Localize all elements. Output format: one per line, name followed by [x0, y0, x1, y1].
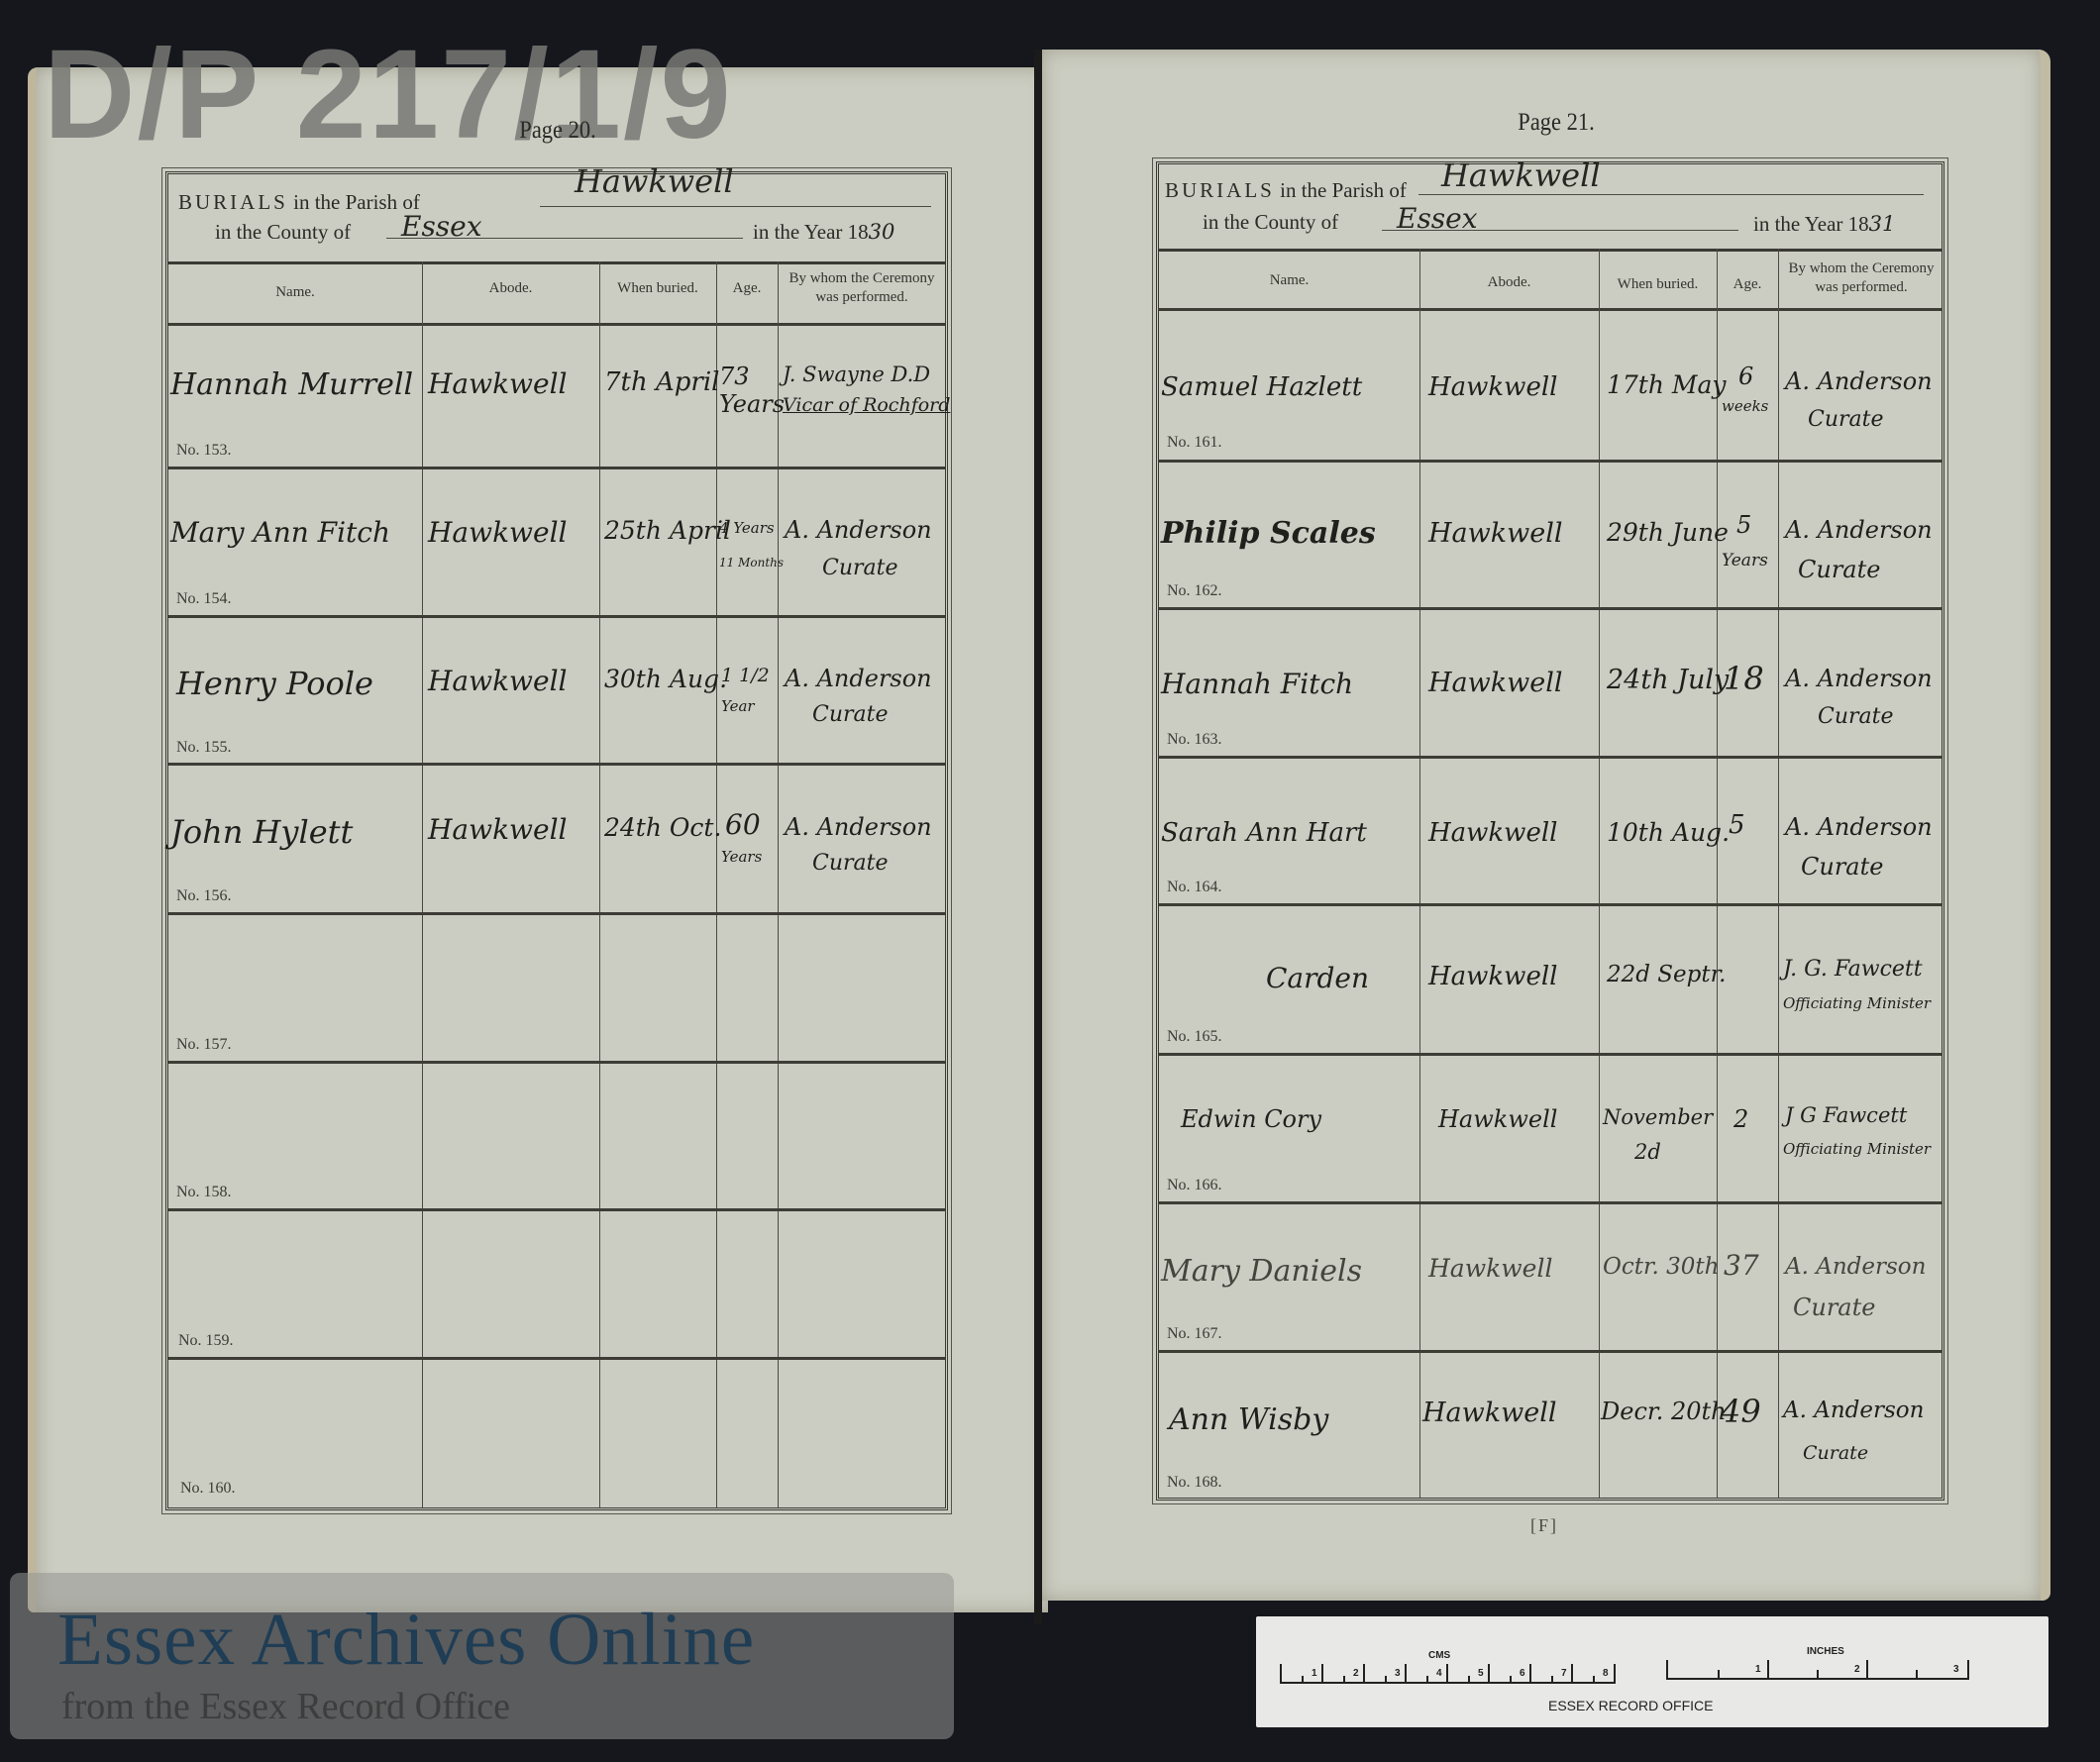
parish-fill-line [1418, 194, 1924, 195]
entry-number: No. 158. [176, 1184, 232, 1201]
entry-number: No. 165. [1167, 1028, 1222, 1046]
inch-tick-label: 3 [1953, 1664, 1959, 1675]
entry-abode: Hawkwell [1428, 372, 1557, 402]
column-header-name: Name. [168, 283, 422, 302]
entry-officiant-title: Curate [1803, 1442, 1868, 1464]
entry-age-detail: Years [721, 848, 762, 866]
inch-tick-label: 2 [1854, 1664, 1860, 1675]
entry-officiant: A. Anderson [1785, 367, 1933, 395]
entry-abode: Hawkwell [428, 367, 568, 400]
entry-when-buried: 10th Aug. [1607, 818, 1730, 847]
column-divider [1599, 249, 1600, 1498]
cm-label: CMS [1428, 1650, 1450, 1661]
entry-number: No. 161. [1167, 434, 1222, 452]
entry-abode: Hawkwell [428, 516, 568, 549]
cm-tick-label: 3 [1395, 1668, 1401, 1679]
entry-age: 2 [1733, 1105, 1748, 1133]
entry-when-buried-day: 2d [1634, 1140, 1661, 1164]
parish-name: Hawkwell [575, 162, 734, 200]
column-divider [716, 261, 717, 1507]
signature-mark: [F] [1530, 1515, 1558, 1536]
entry-age: 37 [1724, 1249, 1759, 1282]
entry-name: Henry Poole [176, 665, 373, 702]
entry-name: Samuel Hazlett [1161, 372, 1362, 402]
county-name: Essex [1397, 202, 1478, 235]
entry-age: 5 [1729, 810, 1745, 840]
entry-abode: Hawkwell [1422, 1398, 1556, 1428]
burial-register-right: BURIALS in the Parish of Hawkwell in the… [1156, 161, 1944, 1501]
entry-officiant: A. Anderson [1785, 516, 1933, 544]
page-number-left: Page 20. [519, 117, 595, 145]
entry-number: No. 156. [176, 887, 232, 905]
entry-officiant-title: Vicar of Rochford [783, 394, 950, 416]
entry-when-buried: Octr. 30th [1603, 1254, 1719, 1280]
entry-number: No. 167. [1167, 1325, 1222, 1343]
entry-when-buried: 24th Oct. [604, 813, 721, 842]
entry-when-buried: 24th July [1607, 665, 1729, 695]
entry-age-detail: Years [1722, 551, 1768, 570]
county-heading: in the County of [1203, 210, 1338, 235]
entry-officiant-title: Curate [1793, 1294, 1875, 1321]
entry-officiant: A. Anderson [1783, 1398, 1924, 1423]
parish-heading: BURIALS in the Parish of [1165, 178, 1407, 203]
inch-tick-label: 1 [1755, 1664, 1761, 1675]
cm-tick-label: 7 [1561, 1668, 1567, 1679]
column-header-age: Age. [1717, 275, 1778, 294]
row-rule [168, 1061, 945, 1064]
entry-when-buried: 25th April [604, 516, 731, 545]
entry-when-buried: November [1603, 1105, 1713, 1129]
inch-scale: 1 2 3 INCHES [1666, 1660, 1969, 1680]
row-rule [1159, 1350, 1942, 1353]
parish-name: Hawkwell [1441, 156, 1601, 194]
entry-name: Hannah Murrell [170, 367, 413, 402]
entry-when-buried: 7th April [604, 367, 719, 397]
column-divider [599, 261, 600, 1507]
register-header: BURIALS in the Parish of Hawkwell in the… [1159, 164, 1942, 252]
entry-age: 49 [1721, 1393, 1761, 1430]
entry-abode: Hawkwell [1438, 1105, 1557, 1133]
column-divider [1717, 249, 1718, 1498]
row-rule [1159, 460, 1942, 463]
entry-name: Sarah Ann Hart [1161, 818, 1367, 848]
entry-officiant: A. Anderson [785, 665, 932, 692]
entry-number: No. 160. [180, 1480, 236, 1498]
entry-name: Carden [1266, 962, 1369, 994]
entry-name: Philip Scales [1161, 516, 1376, 551]
parish-heading: BURIALS in the Parish of [178, 190, 420, 215]
entry-name: Mary Ann Fitch [170, 516, 390, 549]
entry-officiant: A. Anderson [1785, 813, 1933, 841]
column-header-age: Age. [716, 279, 778, 298]
column-divider [422, 261, 423, 1507]
entry-when-buried: 29th June [1607, 518, 1729, 547]
entry-age: 60 [725, 808, 761, 841]
entry-abode: Hawkwell [1428, 818, 1557, 848]
entry-age-detail: Year [721, 697, 755, 715]
row-rule [1159, 1053, 1942, 1056]
column-header-name: Name. [1159, 271, 1419, 290]
cm-tick-label: 2 [1353, 1668, 1359, 1679]
entry-number: No. 154. [176, 590, 232, 608]
entry-officiant-title: Curate [822, 556, 898, 580]
entry-officiant: A. Anderson [1785, 665, 1933, 692]
entry-abode: Hawkwell [1428, 962, 1557, 991]
column-header-officiant: By whom the Ceremony was performed. [1778, 259, 1944, 297]
row-rule [168, 1357, 945, 1360]
entry-name: Mary Daniels [1161, 1254, 1362, 1289]
branding-title: Essex Archives Online [57, 1603, 755, 1677]
document-reference: D/P 217/1/9 [44, 32, 733, 158]
entry-name: Edwin Cory [1181, 1105, 1321, 1133]
entry-age: 73 Years [719, 363, 779, 418]
entry-number: No. 153. [176, 442, 232, 460]
branding-subtitle: from the Essex Record Office [61, 1688, 510, 1725]
entry-officiant-title: Curate [1798, 556, 1880, 583]
entry-officiant: A. Anderson [785, 813, 932, 841]
cm-tick-label: 1 [1312, 1668, 1317, 1679]
entry-abode: Hawkwell [428, 813, 568, 846]
parish-fill-line [540, 206, 931, 207]
entry-number: No. 164. [1167, 879, 1222, 896]
entry-name: Hannah Fitch [1161, 668, 1353, 700]
burial-register-left: BURIALS in the Parish of Hawkwell in the… [165, 171, 948, 1510]
entry-officiant: J. G. Fawcett [1783, 957, 1923, 982]
inch-label: INCHES [1807, 1646, 1844, 1657]
row-rule [1159, 756, 1942, 759]
county-name: Essex [401, 210, 482, 243]
entry-number: No. 162. [1167, 582, 1222, 600]
entry-officiant: A. Anderson [1785, 1254, 1926, 1280]
header-rule [1159, 308, 1942, 311]
row-rule [168, 763, 945, 766]
entry-abode: Hawkwell [1428, 1254, 1552, 1283]
entry-abode: Hawkwell [428, 665, 568, 697]
year-suffix: 30 [869, 220, 895, 244]
row-rule [168, 466, 945, 469]
entry-age: 18 [1724, 660, 1764, 697]
entry-officiant-title: Curate [1801, 853, 1883, 881]
entry-officiant: J G Fawcett [1785, 1103, 1907, 1127]
book-gutter [1034, 50, 1042, 1624]
entry-name: John Hylett [170, 813, 353, 851]
entry-when-buried: 30th Aug. [604, 665, 727, 693]
column-header-abode: Abode. [422, 279, 599, 298]
column-header-when-buried: When buried. [1599, 275, 1717, 294]
row-rule [168, 912, 945, 915]
county-heading: in the County of [215, 220, 351, 245]
entry-number: No. 163. [1167, 731, 1222, 749]
cm-tick-label: 5 [1478, 1668, 1484, 1679]
entry-when-buried: 17th May [1607, 370, 1727, 399]
cm-tick-label: 4 [1436, 1668, 1442, 1679]
entry-officiant-title: Curate [1808, 407, 1884, 432]
entry-officiant: A. Anderson [785, 516, 932, 544]
entry-number: No. 166. [1167, 1177, 1222, 1194]
cm-tick-label: 6 [1520, 1668, 1525, 1679]
cm-scale: 1 2 3 4 5 6 7 8 CMS [1280, 1664, 1616, 1684]
column-header-abode: Abode. [1419, 273, 1599, 292]
entry-when-buried: Decr. 20th [1601, 1398, 1727, 1425]
entry-name: Ann Wisby [1169, 1402, 1328, 1437]
row-rule [1159, 607, 1942, 610]
entry-age-detail: weeks [1722, 397, 1768, 415]
entry-officiant: J. Swayne D.D [783, 363, 930, 386]
row-rule [1159, 1201, 1942, 1204]
entry-officiant-title: Curate [812, 702, 889, 727]
register-header: BURIALS in the Parish of Hawkwell in the… [168, 174, 945, 264]
entry-age-detail: 11 Months [719, 556, 784, 570]
row-rule [168, 1208, 945, 1211]
ruler-caption: ESSEX RECORD OFFICE [1548, 1698, 1713, 1713]
page-number-right: Page 21. [1518, 109, 1594, 137]
column-header-officiant: By whom the Ceremony was performed. [778, 269, 946, 307]
year-heading: in the Year 1830 [753, 220, 894, 245]
column-divider [778, 261, 779, 1507]
row-rule [168, 615, 945, 618]
header-rule [168, 323, 945, 326]
entry-abode: Hawkwell [1428, 518, 1562, 549]
entry-abode: Hawkwell [1428, 668, 1562, 698]
cm-tick-label: 8 [1603, 1668, 1609, 1679]
entry-age: 5 [1736, 511, 1751, 539]
year-suffix: 31 [1869, 212, 1896, 236]
entry-number: No. 159. [178, 1332, 234, 1350]
entry-number: No. 157. [176, 1036, 232, 1054]
entry-officiant-title: Officiating Minister [1783, 1140, 1931, 1158]
column-header-when-buried: When buried. [599, 279, 716, 298]
entry-age: 4 Years [719, 519, 775, 537]
entry-officiant-title: Curate [1818, 704, 1894, 729]
entry-number: No. 168. [1167, 1474, 1222, 1492]
row-rule [1159, 903, 1942, 906]
column-divider [1778, 249, 1779, 1498]
entry-officiant-title: Officiating Minister [1783, 994, 1931, 1012]
column-divider [1419, 249, 1420, 1498]
entry-age: 1 1/2 [721, 665, 770, 686]
year-heading: in the Year 1831 [1753, 212, 1895, 237]
scale-ruler: 1 2 3 4 5 6 7 8 CMS 1 2 3 INCHES ESSEX R… [1256, 1616, 2048, 1727]
entry-when-buried: 22d Septr. [1607, 962, 1726, 987]
entry-age: 6 [1738, 363, 1753, 390]
entry-number: No. 155. [176, 739, 232, 757]
entry-officiant-title: Curate [812, 851, 889, 876]
